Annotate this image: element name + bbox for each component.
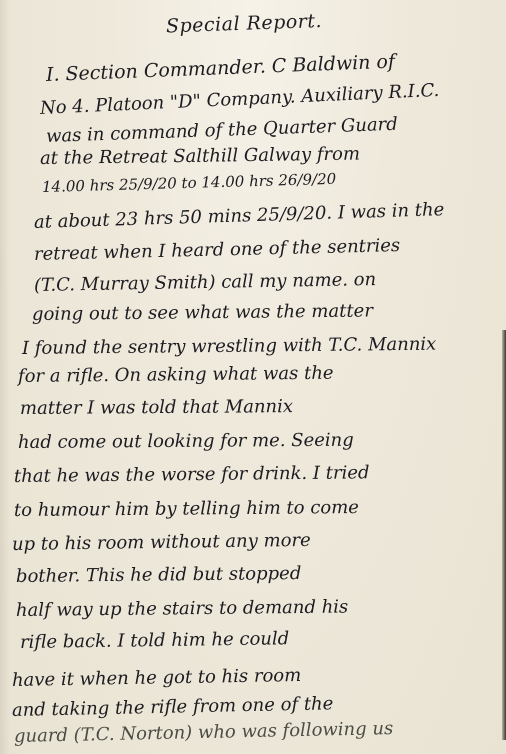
handwritten-line: retreat when I heard one of the sentries xyxy=(34,235,401,265)
handwritten-line: 14.00 hrs 25/9/20 to 14.00 hrs 26/9/20 xyxy=(42,170,337,196)
handwritten-line: guard (T.C. Norton) who was following us xyxy=(14,718,394,747)
handwritten-line: up to his room without any more xyxy=(12,530,311,555)
handwritten-line: going out to see what was the matter xyxy=(32,300,373,325)
scanned-page: Special Report. I. Section Commander. C … xyxy=(0,0,506,754)
handwritten-line: rifle back. I told him he could xyxy=(20,628,290,653)
handwritten-line: I found the sentry wrestling with T.C. M… xyxy=(22,334,436,359)
handwritten-line: that he was the worse for drink. I tried xyxy=(14,462,370,487)
handwritten-line: at about 23 hrs 50 mins 25/9/20. I was i… xyxy=(34,199,445,233)
handwritten-line: had come out looking for me. Seeing xyxy=(18,430,354,453)
handwritten-line: was in command of the Quarter Guard xyxy=(46,114,398,147)
page-right-edge-shadow xyxy=(502,330,506,740)
handwritten-line: (T.C. Murray Smith) call my name. on xyxy=(34,269,377,296)
handwritten-line: No 4. Platoon "D" Company. Auxiliary R.I… xyxy=(40,80,440,119)
handwritten-line: matter I was told that Mannix xyxy=(20,396,293,419)
handwritten-line: I. Section Commander. C Baldwin of xyxy=(46,51,396,86)
handwritten-line: bother. This he did but stopped xyxy=(16,563,302,587)
handwritten-line: half way up the stairs to demand his xyxy=(16,597,348,621)
handwritten-line: and taking the rifle from one of the xyxy=(12,693,334,721)
handwritten-line: for a rifle. On asking what was the xyxy=(18,363,334,387)
handwritten-line: to humour him by telling him to come xyxy=(14,497,359,521)
handwritten-line: at the Retreat Salthill Galway from xyxy=(40,144,360,169)
handwritten-line: have it when he got to his room xyxy=(12,665,302,691)
document-title: Special Report. xyxy=(166,9,367,38)
page-left-shading xyxy=(0,0,10,754)
